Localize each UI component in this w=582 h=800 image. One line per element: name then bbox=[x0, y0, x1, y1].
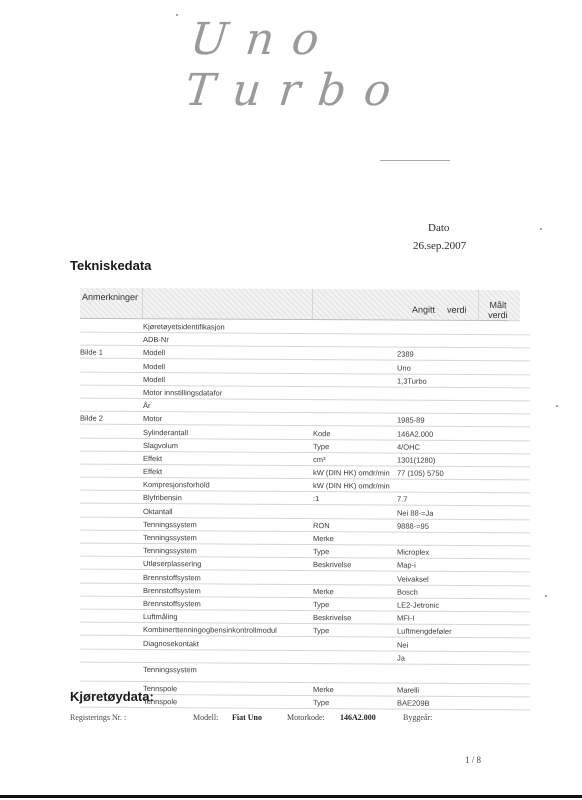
row-unit: Type bbox=[313, 698, 329, 707]
row-name: Tenningssystem bbox=[143, 665, 197, 674]
row-value: LE2-Jetronic bbox=[397, 600, 439, 609]
row-value: 7.7 bbox=[397, 495, 407, 504]
row-unit: kW (DIN HK) omdr/min bbox=[313, 468, 390, 477]
row-unit: RON bbox=[313, 521, 330, 530]
date-value: 26.sep.2007 bbox=[413, 240, 466, 252]
row-name: Effekt bbox=[143, 454, 162, 463]
row-name: Tenningssystem bbox=[143, 520, 197, 529]
scan-speck bbox=[545, 595, 547, 597]
row-name: Luftmåling bbox=[143, 612, 178, 621]
column-notes: Anmerkninger bbox=[82, 292, 138, 302]
column-measured: Målt verdi bbox=[480, 300, 516, 320]
row-value: Uno bbox=[397, 363, 411, 372]
model-value-text: Fiat Uno bbox=[232, 713, 262, 722]
row-unit: kW (DIN HK) omdr/min bbox=[313, 481, 390, 490]
row-unit: Merke bbox=[313, 685, 334, 694]
engine-code-value: 146A2.000 bbox=[340, 713, 376, 722]
build-year-label: Byggeår: bbox=[403, 713, 432, 722]
registration-label: Registerings Nr. : bbox=[70, 713, 126, 722]
row-value: Nei 88-=Ja bbox=[397, 508, 434, 517]
row-unit: Type bbox=[313, 600, 329, 609]
row-name: Sylinderantall bbox=[143, 428, 188, 437]
row-value: 146A2.000 bbox=[397, 429, 433, 438]
row-value: 4/OHC bbox=[397, 442, 420, 451]
technical-data-table: KjøretøyetsidentifikasjonADB-NrBilde 1Mo… bbox=[80, 321, 530, 709]
row-value: Nei bbox=[397, 640, 408, 649]
scan-speck bbox=[540, 228, 542, 230]
row-value: 1301(1280) bbox=[397, 455, 435, 464]
row-value: Bosch bbox=[397, 587, 418, 596]
row-value: Microplex bbox=[397, 548, 429, 557]
row-unit: Merke bbox=[313, 587, 334, 596]
row-unit: Merke bbox=[313, 534, 334, 543]
row-name: Motor bbox=[143, 414, 162, 423]
row-name: Brennstoffsystem bbox=[143, 586, 201, 595]
row-name: Oktantall bbox=[143, 507, 173, 516]
row-name: Slagvolum bbox=[143, 441, 178, 450]
row-unit: Type bbox=[313, 442, 329, 451]
row-name: Motor innstillingsdatafor bbox=[143, 388, 222, 397]
row-unit: Kode bbox=[313, 429, 331, 438]
scan-speck bbox=[176, 14, 178, 16]
model-value: Fiat Uno bbox=[232, 713, 262, 722]
row-value: 77 (105) 5750 bbox=[397, 469, 444, 478]
row-name: Brennstoffsystem bbox=[143, 599, 201, 608]
row-value: 9888-=95 bbox=[397, 521, 429, 530]
technical-data-title: Tekniskedata bbox=[70, 258, 151, 273]
row-value: 1985-89 bbox=[397, 416, 425, 425]
row-name: Kjøretøyetsidentifikasjon bbox=[143, 322, 225, 331]
bottom-rule bbox=[0, 795, 582, 798]
faint-scribble bbox=[380, 160, 450, 161]
vehicle-data-title: Kjøretøydata: bbox=[70, 689, 154, 704]
row-name: År bbox=[143, 401, 151, 410]
column-given-value: verdi bbox=[447, 305, 467, 315]
row-unit: cm³ bbox=[313, 455, 326, 464]
column-given: Angitt bbox=[412, 305, 435, 315]
row-value: Veivaksel bbox=[397, 574, 429, 583]
row-value: Map-i bbox=[397, 561, 416, 570]
row-value: Ja bbox=[397, 653, 405, 662]
row-note: Bilde 1 bbox=[80, 348, 103, 357]
model-label: Modell: bbox=[193, 713, 218, 722]
engine-code-value-text: 146A2.000 bbox=[340, 713, 376, 722]
header-divider bbox=[312, 289, 313, 319]
table-row: Tenningssystem bbox=[80, 663, 530, 685]
row-name: Kombinerttenningogbensinkontrollmodul bbox=[143, 625, 277, 635]
row-value: MFI-I bbox=[397, 614, 415, 623]
engine-code-label: Motorkode: bbox=[287, 713, 325, 722]
row-value: 2389 bbox=[397, 350, 414, 359]
row-unit: Beskrivelse bbox=[313, 613, 351, 622]
row-name: ADB-Nr bbox=[143, 335, 169, 344]
page-number: 1 / 8 bbox=[465, 755, 481, 765]
row-unit: Beskrivelse bbox=[313, 560, 351, 569]
row-name: Tenningssystem bbox=[143, 546, 197, 555]
row-value: BAE209B bbox=[397, 699, 430, 708]
row-name: Diagnosekontakt bbox=[143, 639, 199, 648]
row-value: Marelli bbox=[397, 685, 419, 694]
table-header: Anmerkninger Angitt verdi Målt verdi bbox=[80, 288, 520, 321]
header-divider bbox=[478, 290, 479, 320]
row-note: Bilde 2 bbox=[80, 414, 103, 423]
row-name: Modell bbox=[143, 362, 165, 371]
handwritten-title: Uno Turbo bbox=[183, 14, 582, 116]
header-divider bbox=[142, 288, 143, 318]
scan-speck bbox=[556, 405, 558, 407]
row-name: Tenningssystem bbox=[143, 533, 197, 542]
row-name: Modell bbox=[143, 375, 165, 384]
date-label: Dato bbox=[428, 222, 449, 234]
row-name: Modell bbox=[143, 348, 165, 357]
row-name: Blyfribensin bbox=[143, 493, 182, 502]
row-name: Utløserplassering bbox=[143, 559, 201, 568]
row-name: Kompresjonsforhold bbox=[143, 480, 210, 489]
row-unit: Type bbox=[313, 626, 329, 635]
row-value: 1,3Turbo bbox=[397, 376, 427, 385]
row-unit: Type bbox=[313, 547, 329, 556]
row-value: Luftmengdeføler bbox=[397, 627, 452, 636]
row-name: Brennstoffsystem bbox=[143, 573, 201, 582]
row-unit: :1 bbox=[313, 494, 319, 503]
row-name: Effekt bbox=[143, 467, 162, 476]
